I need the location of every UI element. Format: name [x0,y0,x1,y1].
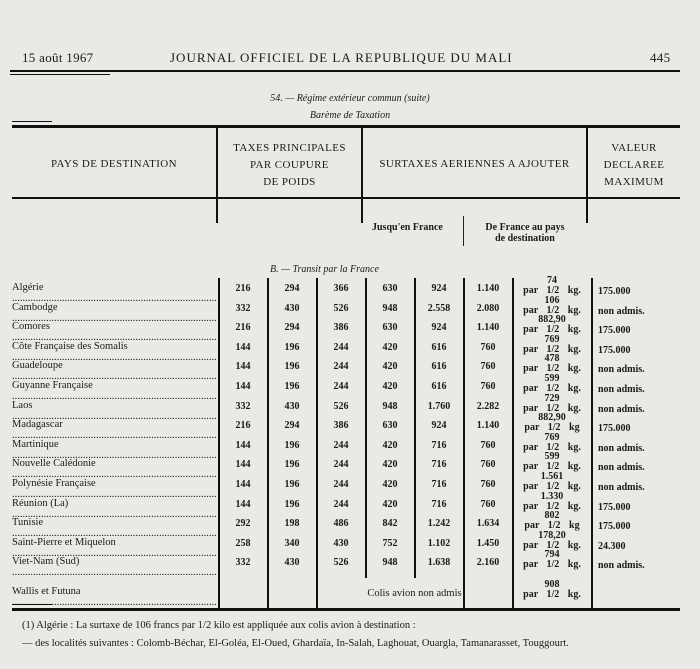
tax-value-t2: 196 [268,499,316,510]
tax-value-t1: 144 [219,361,267,372]
footnote-line-1: (1) Algérie : La surtaxe de 106 francs p… [22,620,416,631]
table-top-rule [12,125,680,128]
publication-date: 15 août 1967 [22,50,93,66]
divider [591,278,593,608]
tax-value-t3: 244 [317,342,365,353]
declared-value: 175.000 [598,325,631,336]
declared-value: non admis. [598,306,645,317]
tax-value-s2: 1.242 [415,518,463,529]
declared-value: 175.000 [598,521,631,532]
tax-value-t2: 294 [268,420,316,431]
tax-value-t2: 196 [268,440,316,451]
table-bottom-rule [12,608,680,611]
section-subtitle: Barème de Taxation [0,110,700,121]
tax-value-t1: 216 [219,322,267,333]
tax-value-s1: 752 [366,538,414,549]
tax-value-s2: 1.638 [415,557,463,568]
tax-value-s2: 716 [415,499,463,510]
tax-value-t3: 526 [317,557,365,568]
declared-value: 175.000 [598,502,631,513]
tax-value-t1: 144 [219,381,267,392]
tax-value-s2: 616 [415,342,463,353]
column-header-taxes-line1: TAXES PRINCIPALES [218,140,361,157]
declared-value: non admis. [598,462,645,473]
section-title: 54. — Régime extérieur commun (suite) [0,93,700,104]
surtax-unit: par 1/2 kg. [513,590,591,600]
tax-value-s3: 760 [464,381,512,392]
tax-value-t1: 332 [219,303,267,314]
journal-page: 15 août 1967 JOURNAL OFFICIEL DE LA REPU… [0,0,700,669]
tax-value-t2: 196 [268,361,316,372]
column-header-valeur: VALEUR DECLAREE MAXIMUM [588,140,680,191]
tax-value-s2: 616 [415,381,463,392]
tax-value-t3: 244 [317,459,365,470]
tax-value-s2: 924 [415,322,463,333]
tax-value-t3: 430 [317,538,365,549]
tax-value-s1: 630 [366,420,414,431]
declared-value: 175.000 [598,286,631,297]
tax-value-t1: 144 [219,342,267,353]
country-name: Viet-Nam (Sud) .........................… [12,556,217,578]
declared-value: non admis. [598,443,645,454]
tax-value-s2: 1.760 [415,401,463,412]
tax-value-t2: 340 [268,538,316,549]
tax-value-s1: 630 [366,322,414,333]
tax-value-t1: 144 [219,499,267,510]
tax-value-s1: 420 [366,459,414,470]
header-bottom-rule [12,197,680,199]
tax-value-s2: 2.558 [415,303,463,314]
tax-value-s2: 924 [415,420,463,431]
tax-value-t1: 144 [219,440,267,451]
tax-value-s2: 924 [415,283,463,294]
header-rule-thin [10,74,110,75]
tax-value-t2: 430 [268,557,316,568]
tax-value-s3: 1.450 [464,538,512,549]
declared-value: non admis. [598,482,645,493]
tax-value-s1: 420 [366,361,414,372]
declared-value: non admis. [598,404,645,415]
tax-value-s1: 420 [366,342,414,353]
tax-value-t1: 258 [219,538,267,549]
surtax-unit: par 1/2 kg. [513,560,591,570]
tax-value-t2: 196 [268,479,316,490]
tax-value-s3: 1.140 [464,322,512,333]
tax-value-t1: 216 [219,420,267,431]
tax-value-s3: 1.634 [464,518,512,529]
tax-value-t3: 526 [317,303,365,314]
tax-value-t2: 196 [268,342,316,353]
tax-value-s3: 760 [464,459,512,470]
tax-value-t1: 292 [219,518,267,529]
tax-value-t2: 198 [268,518,316,529]
declared-value: 24.300 [598,541,626,552]
tax-value-s1: 420 [366,440,414,451]
divider [361,128,363,223]
tax-value-s1: 948 [366,557,414,568]
tax-value-s2: 1.102 [415,538,463,549]
tax-value-s2: 616 [415,361,463,372]
tax-value-t3: 244 [317,479,365,490]
declared-value: 175.000 [598,423,631,434]
tax-value-s3: 1.140 [464,283,512,294]
tax-value-t2: 430 [268,401,316,412]
tax-value-t3: 526 [317,401,365,412]
page-number: 445 [650,50,670,66]
tax-value-s3: 760 [464,499,512,510]
journal-title: JOURNAL OFFICIEL DE LA REPUBLIQUE DU MAL… [170,50,513,66]
tax-value-s1: 842 [366,518,414,529]
column-header-taxes: TAXES PRINCIPALES PAR COUPURE DE POIDS [218,140,361,191]
tax-value-s1: 420 [366,499,414,510]
tax-value-t3: 386 [317,420,365,431]
column-header-taxes-line3: DE POIDS [218,174,361,191]
tax-value-t1: 144 [219,479,267,490]
tax-value-t1: 332 [219,557,267,568]
tax-value-s1: 420 [366,381,414,392]
declared-value: non admis. [598,384,645,395]
tax-value-t1: 216 [219,283,267,294]
tax-value-s3: 2.080 [464,303,512,314]
tax-value-t3: 366 [317,283,365,294]
declared-value: non admis. [598,364,645,375]
tax-value-s3: 760 [464,342,512,353]
declared-value: 175.000 [598,345,631,356]
subheader-de-france-line1: De France au pays [470,222,580,233]
tax-value-t3: 244 [317,440,365,451]
tax-value-t3: 244 [317,381,365,392]
footnote-line-2: — des localités suivantes : Colomb-Bécha… [22,638,569,649]
column-header-taxes-line2: PAR COUPURE [218,157,361,174]
tax-value-t3: 386 [317,322,365,333]
subheader-de-france-line2: de destination [470,233,580,244]
table-bottom-rule-thin [12,604,52,605]
divider [463,216,464,246]
tax-value-t2: 430 [268,303,316,314]
tax-value-t2: 196 [268,381,316,392]
tax-value-t1: 144 [219,459,267,470]
tax-value-s2: 716 [415,459,463,470]
tax-value-s3: 760 [464,361,512,372]
subheader-jusqu-en-france: Jusqu'en France [372,222,443,233]
tax-value-t2: 294 [268,322,316,333]
column-header-valeur-line1: VALEUR [588,140,680,157]
column-header-valeur-line2: DECLAREE [588,157,680,174]
tax-value-s1: 420 [366,479,414,490]
tax-value-s3: 760 [464,479,512,490]
tax-value-s1: 630 [366,283,414,294]
tax-value-s1: 948 [366,401,414,412]
tax-value-s3: 1.140 [464,420,512,431]
column-header-valeur-line3: MAXIMUM [588,174,680,191]
header-rule [10,70,680,72]
declared-value: non admis. [598,560,645,571]
tax-value-t3: 486 [317,518,365,529]
tax-value-t1: 332 [219,401,267,412]
tax-value-s2: 716 [415,479,463,490]
subheader-de-france: De France au pays de destination [470,222,580,244]
tax-value-s2: 716 [415,440,463,451]
tax-value-s3: 2.282 [464,401,512,412]
tax-value-t2: 196 [268,459,316,470]
tax-value-t2: 294 [268,283,316,294]
merged-note: Colis avion non admis [317,588,512,599]
tax-value-t3: 244 [317,499,365,510]
tax-value-s3: 2.160 [464,557,512,568]
tax-value-s3: 760 [464,440,512,451]
tax-value-s1: 948 [366,303,414,314]
column-header-destination: PAYS DE DESTINATION [14,156,214,173]
column-header-surtaxes: SURTAXES AERIENNES A AJOUTER [363,156,586,173]
transit-section-label: B. — Transit par la France [270,264,379,275]
tax-value-t3: 244 [317,361,365,372]
table-top-rule-thin [12,121,52,122]
